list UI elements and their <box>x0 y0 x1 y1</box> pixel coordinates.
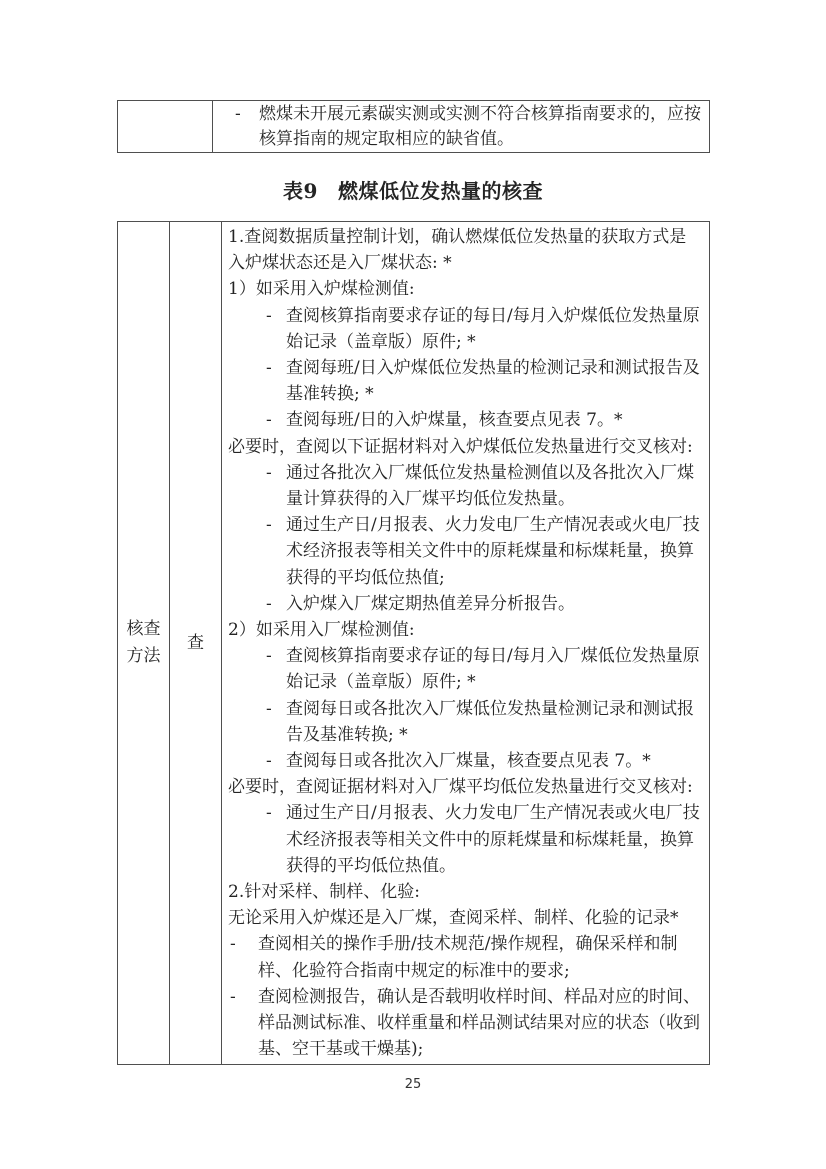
dash-marker: - <box>266 460 272 486</box>
bullet-item: -查阅每日或各批次入厂煤量，核查要点见表 7。* <box>228 748 701 774</box>
bullet-text: 查阅核算指南要求存证的每日/每月入炉煤低位发热量原始记录（盖章版）原件; * <box>286 306 700 352</box>
table-paragraph: 无论采用入炉煤还是入厂煤，查阅采样、制样、化验的记录* <box>228 905 701 931</box>
bullet-item: -查阅核算指南要求存证的每日/每月入炉煤低位发热量原始记录（盖章版）原件; * <box>228 303 701 355</box>
table-title: 表9燃煤低位发热量的核查 <box>0 175 826 204</box>
row-header-check-label: 查 <box>187 630 204 657</box>
bullet-item: -查阅每日或各批次入厂煤低位发热量检测记录和测试报告及基准转换; * <box>228 696 701 748</box>
bullet-text: 查阅每日或各批次入厂煤低位发热量检测记录和测试报告及基准转换; * <box>286 699 694 745</box>
dash-marker: - <box>266 748 272 774</box>
page-number: 25 <box>0 1077 826 1092</box>
bullet-item: -查阅相关的操作手册/技术规范/操作规程，确保采样和制样、化验符合指南中规定的标… <box>228 931 701 983</box>
dash-marker: - <box>266 800 272 826</box>
procedure-text-cell: 1.查阅数据质量控制计划，确认燃煤低位发热量的获取方式是入炉煤状态还是入厂煤状态… <box>222 222 709 1064</box>
row-header-check-cell: 查 <box>170 222 222 1064</box>
bullet-text: 查阅检测报告，确认是否载明收样时间、样品对应的时间、样品测试标准、收样重量和样品… <box>258 987 700 1059</box>
row-header-method-cell: 核查方法 <box>118 222 170 1064</box>
previous-table-fragment: - 燃煤未开展元素碳实测或实测不符合核算指南要求的，应按核算指南的规定取相应的缺… <box>117 100 710 153</box>
bullet-text: 入炉煤入厂煤定期热值差异分析报告。 <box>286 594 575 614</box>
dash-marker: - <box>266 591 272 617</box>
table-paragraph: 必要时，查阅以下证据材料对入炉煤低位发热量进行交叉核对: <box>228 434 701 460</box>
bullet-item: -查阅每班/日入炉煤低位发热量的检测记录和测试报告及基准转换; * <box>228 355 701 407</box>
dash-marker: - <box>230 984 236 1010</box>
bullet-item: -入炉煤入厂煤定期热值差异分析报告。 <box>228 591 701 617</box>
bullet-text: 查阅核算指南要求存证的每日/每月入厂煤低位发热量原始记录（盖章版）原件; * <box>286 646 700 692</box>
dash-marker: - <box>230 931 236 957</box>
table-paragraph: 2.针对采样、制样、化验: <box>228 879 701 905</box>
dash-marker: - <box>266 512 272 538</box>
dash-marker: - <box>235 102 241 127</box>
dash-marker: - <box>266 355 272 381</box>
row-header-method-label: 核查方法 <box>125 616 162 670</box>
bullet-text: 通过生产日/月报表、火力发电厂生产情况表或火电厂技术经济报表等相关文件中的原耗煤… <box>286 803 700 875</box>
bullet-text: 通过生产日/月报表、火力发电厂生产情况表或火电厂技术经济报表等相关文件中的原耗煤… <box>286 515 700 587</box>
bullet-item: -查阅检测报告，确认是否载明收样时间、样品对应的时间、样品测试标准、收样重量和样… <box>228 984 701 1063</box>
dash-marker: - <box>266 303 272 329</box>
bullet-item: -通过生产日/月报表、火力发电厂生产情况表或火电厂技术经济报表等相关文件中的原耗… <box>228 512 701 591</box>
table-paragraph: 2）如采用入厂煤检测值: <box>228 617 701 643</box>
table-paragraph: 1.查阅数据质量控制计划，确认燃煤低位发热量的获取方式是入炉煤状态还是入厂煤状态… <box>228 224 701 276</box>
bullet-item: -通过各批次入厂煤低位发热量检测值以及各批次入厂煤量计算获得的入厂煤平均低位发热… <box>228 460 701 512</box>
table-paragraph: 必要时，查阅证据材料对入厂煤平均低位发热量进行交叉核对: <box>228 774 701 800</box>
bullet-text: 查阅相关的操作手册/技术规范/操作规程，确保采样和制样、化验符合指南中规定的标准… <box>258 934 677 980</box>
bullet-text: 查阅每日或各批次入厂煤量，核查要点见表 7。* <box>286 751 651 771</box>
bullet-item: -查阅每班/日的入炉煤量，核查要点见表 7。* <box>228 407 701 433</box>
bullet-item: - 燃煤未开展元素碳实测或实测不符合核算指南要求的，应按核算指南的规定取相应的缺… <box>213 102 701 152</box>
bullet-item: -查阅核算指南要求存证的每日/每月入厂煤低位发热量原始记录（盖章版）原件; * <box>228 643 701 695</box>
table-number-label: 表9 <box>283 179 318 203</box>
bullet-text: 查阅每班/日的入炉煤量，核查要点见表 7。* <box>286 410 622 430</box>
dash-marker: - <box>266 643 272 669</box>
table-paragraph: 1）如采用入炉煤检测值: <box>228 276 701 302</box>
dash-marker: - <box>266 407 272 433</box>
dash-marker: - <box>266 696 272 722</box>
bullet-text: 通过各批次入厂煤低位发热量检测值以及各批次入厂煤量计算获得的入厂煤平均低位发热量… <box>286 463 694 509</box>
bullet-text: 查阅每班/日入炉煤低位发热量的检测记录和测试报告及基准转换; * <box>286 358 700 404</box>
bullet-item: -通过生产日/月报表、火力发电厂生产情况表或火电厂技术经济报表等相关文件中的原耗… <box>228 800 701 879</box>
bullet-text: 燃煤未开展元素碳实测或实测不符合核算指南要求的，应按核算指南的规定取相应的缺省值… <box>259 104 701 149</box>
fragment-text-cell: - 燃煤未开展元素碳实测或实测不符合核算指南要求的，应按核算指南的规定取相应的缺… <box>213 101 709 152</box>
table-title-text: 燃煤低位发热量的核查 <box>338 179 543 203</box>
table9-verification-table: 核查方法 查 1.查阅数据质量控制计划，确认燃煤低位发热量的获取方式是入炉煤状态… <box>117 221 710 1065</box>
fragment-empty-cell <box>118 101 213 152</box>
